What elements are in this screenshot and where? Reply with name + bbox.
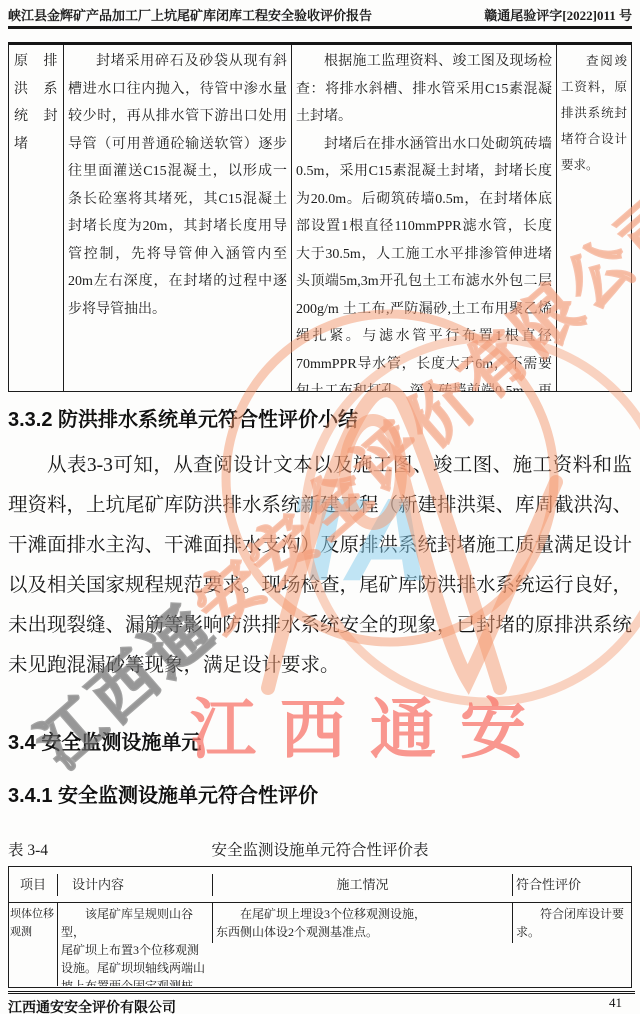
page-header: 峡江县金辉矿产品加工厂上坑尾矿库闭库工程安全验收评价报告 赣通尾验评字[2022… bbox=[8, 8, 632, 24]
row-evaluation-text: 符合闭库设计要求。 bbox=[516, 905, 628, 941]
row-design-text: 该尾矿库呈规则山谷型， 尾矿坝上布置3个位移观测设施。尾矿坝坝轴线两端山坡上布置… bbox=[61, 905, 209, 986]
heading-3-4-1: 3.4.1 安全监测设施单元符合性评价 bbox=[8, 779, 318, 808]
table-3-4: 项目 设计内容 施工情况 符合性评价 坝体位移观测 该尾矿库呈规则山谷型， 尾矿… bbox=[8, 866, 632, 988]
table-3-3-continued: 原排洪系统封堵 封堵采用碎石及砂袋从现有斜槽进水口往内抛入，待管中渗水量较少时，… bbox=[8, 42, 632, 392]
header-report-title: 峡江县金辉矿产品加工厂上坑尾矿库闭库工程安全验收评价报告 bbox=[8, 8, 372, 24]
table-3-4-data-row: 坝体位移观测 该尾矿库呈规则山谷型， 尾矿坝上布置3个位移观测设施。尾矿坝坝轴线… bbox=[9, 903, 631, 986]
construction-paragraph-2: 封堵后在排水涵管出水口处砌筑砖墙0.5m，采用C15素混凝土封堵，封堵长度为20… bbox=[296, 131, 552, 392]
report-page: 峡江县金辉矿产品加工厂上坑尾矿库闭库工程安全验收评价报告 赣通尾验评字[2022… bbox=[0, 0, 640, 1014]
cell-design-content: 封堵采用碎石及砂袋从现有斜槽进水口往内抛入，待管中渗水量较少时，再从排水管下游出… bbox=[63, 45, 291, 391]
row-evaluation: 符合闭库设计要求。 bbox=[512, 903, 631, 943]
footer-page-number: 41 bbox=[609, 995, 622, 1011]
construction-paragraph-1: 根据施工监理资料、竣工图及现场检查：将排水斜槽、排水管采用C15素混凝土封堵。 bbox=[296, 48, 552, 131]
heading-3-4: 3.4 安全监测设施单元 bbox=[8, 726, 201, 755]
evaluation-paragraph: 查阅竣工资料，原排洪系统封堵符合设计要求。 bbox=[561, 48, 627, 178]
table-3-4-caption: 表 3-4 安全监测设施单元符合性评价表 bbox=[8, 838, 632, 860]
cell-item: 原排洪系统封堵 bbox=[9, 45, 63, 391]
header-construction: 施工情况 bbox=[212, 874, 512, 896]
header-rule bbox=[8, 26, 632, 29]
heading-3-3-2: 3.3.2 防洪排水系统单元符合性评价小结 bbox=[8, 403, 358, 432]
header-doc-number: 赣通尾验评字[2022]011 号 bbox=[484, 8, 632, 24]
paragraph-3-3-2: 从表3-3可知，从查阅设计文本以及施工图、竣工图、施工资料和监理资料，上坑尾矿库… bbox=[8, 446, 632, 686]
table-3-4-header-row: 项目 设计内容 施工情况 符合性评价 bbox=[9, 867, 631, 903]
row-construction: 在尾矿坝上埋设3个位移观测设施， 东西侧山体设2个观测基准点。 bbox=[212, 903, 512, 943]
row-construction-text: 在尾矿坝上埋设3个位移观测设施， 东西侧山体设2个观测基准点。 bbox=[216, 905, 509, 941]
row-design: 该尾矿库呈规则山谷型， 尾矿坝上布置3个位移观测设施。尾矿坝坝轴线两端山坡上布置… bbox=[57, 903, 212, 986]
footer-rule bbox=[8, 991, 635, 994]
cell-construction-status: 根据施工监理资料、竣工图及现场检查：将排水斜槽、排水管采用C15素混凝土封堵。 … bbox=[291, 45, 556, 391]
table-3-4-label: 表 3-4 bbox=[8, 838, 48, 860]
header-item: 项目 bbox=[9, 874, 57, 896]
row-item: 坝体位移观测 bbox=[9, 903, 57, 943]
table-3-4-title: 安全监测设施单元符合性评价表 bbox=[8, 838, 632, 860]
footer-company-name: 江西通安安全评价有限公司 bbox=[8, 997, 176, 1014]
red-brand-watermark: 江西通安 bbox=[190, 676, 550, 771]
header-evaluation: 符合性评价 bbox=[512, 874, 631, 896]
header-design: 设计内容 bbox=[57, 874, 212, 896]
cell-conformity-evaluation: 查阅竣工资料，原排洪系统封堵符合设计要求。 bbox=[556, 45, 631, 391]
design-paragraph: 封堵采用碎石及砂袋从现有斜槽进水口往内抛入，待管中渗水量较少时，再从排水管下游出… bbox=[68, 48, 287, 323]
